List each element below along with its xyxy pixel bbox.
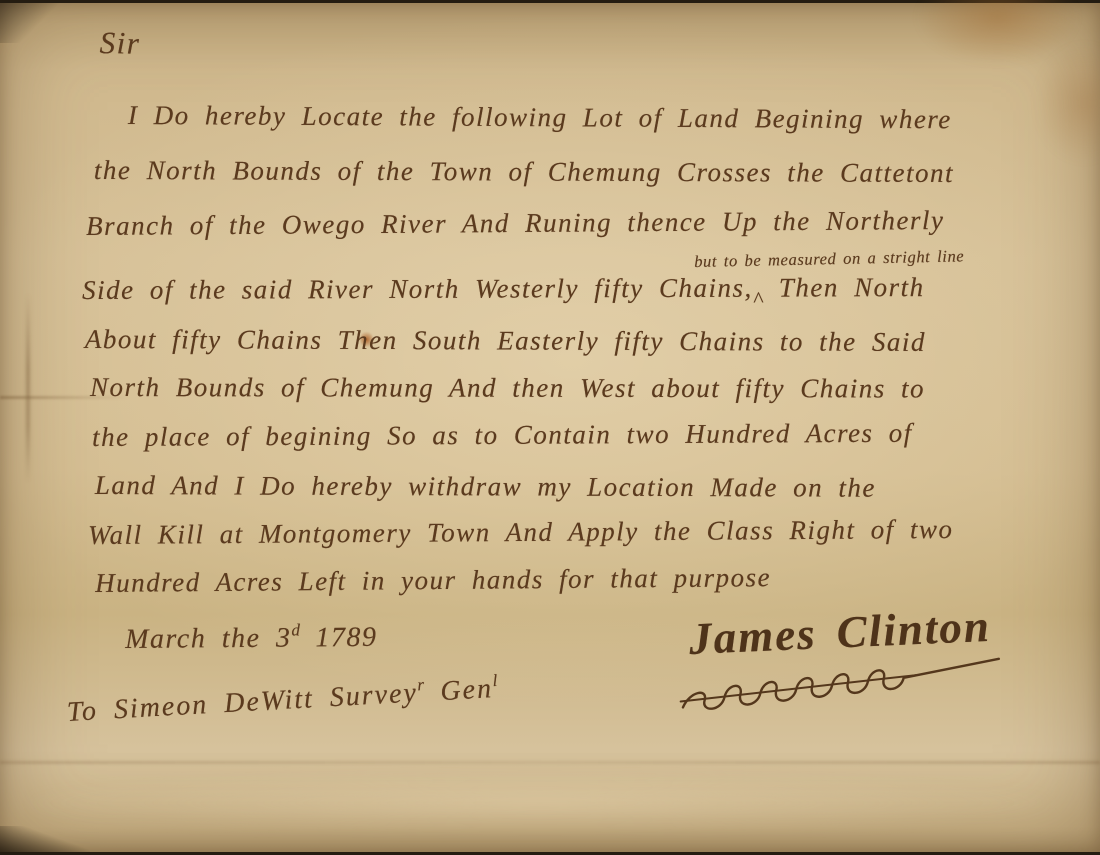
date-line: March the 3d 1789 — [125, 620, 378, 656]
date-year: 1789 — [300, 622, 378, 654]
date-ordinal-superscript: d — [291, 620, 300, 639]
addressee-line: To Simeon DeWitt Surveyr Genl — [66, 671, 499, 729]
addressee-text: To Simeon DeWitt Survey — [66, 677, 419, 728]
photographed-document: Sir I Do hereby Locate the following Lot… — [0, 0, 1100, 855]
paper-crease — [0, 761, 1100, 764]
addressee-text: Gen — [424, 673, 494, 708]
interlinear-insertion: but to be measured on a stright line — [694, 246, 964, 272]
body-line-text: Then North — [763, 272, 924, 303]
paper-stain — [1035, 43, 1100, 163]
body-line: Branch of the Owego River And Runing the… — [86, 205, 945, 242]
body-line: Side of the said River North Westerly fi… — [82, 272, 925, 315]
insertion-caret: ^ — [753, 287, 764, 312]
body-line: Wall Kill at Montgomery Town And Apply t… — [88, 514, 954, 551]
body-line-text: Side of the said River North Westerly fi… — [82, 273, 753, 305]
addressee-superscript: l — [492, 671, 498, 690]
aged-paper-sheet: Sir I Do hereby Locate the following Lot… — [0, 3, 1100, 852]
body-line: I Do hereby Locate the following Lot of … — [128, 100, 952, 135]
body-line: Land And I Do hereby withdraw my Locatio… — [95, 470, 876, 504]
paper-highlight — [30, 773, 1050, 833]
body-line: Hundred Acres Left in your hands for tha… — [95, 562, 771, 599]
body-line: About fifty Chains Then South Easterly f… — [85, 324, 926, 358]
photo-corner-shadow — [0, 3, 70, 43]
paper-crease — [26, 293, 30, 483]
paper-stain — [915, 0, 1080, 65]
body-line: the North Bounds of the Town of Chemung … — [94, 155, 954, 189]
photo-corner-shadow — [0, 826, 90, 852]
body-line: North Bounds of Chemung And then West ab… — [90, 372, 925, 404]
body-line: the place of begining So as to Contain t… — [92, 418, 913, 453]
salutation: Sir — [99, 25, 140, 62]
date-text: March the 3 — [125, 623, 292, 655]
